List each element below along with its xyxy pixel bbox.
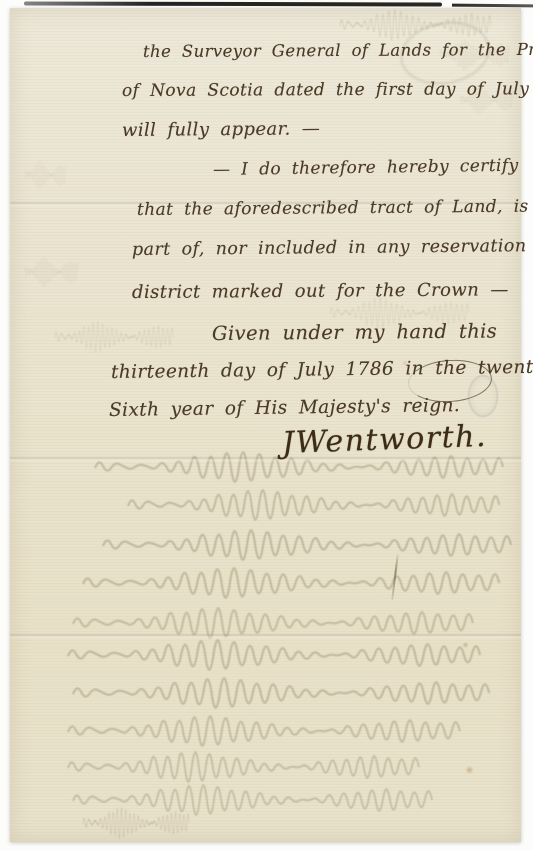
fold-crease xyxy=(10,456,521,462)
scan-edge-shadow xyxy=(452,4,533,8)
manuscript-line: part of, nor included in any reservation… xyxy=(132,236,533,260)
fold-crease xyxy=(10,633,521,639)
manuscript-line: — I do therefore hereby certify xyxy=(213,156,519,180)
manuscript-line: Given under my hand this xyxy=(212,320,497,345)
foxing-spot xyxy=(465,766,474,774)
signature-wentworth: JWentworth. xyxy=(281,419,487,461)
manuscript-line: will fully appear. — xyxy=(122,118,320,141)
manuscript-line: district marked out for the Crown — xyxy=(132,279,509,303)
embossed-stamp xyxy=(468,375,498,417)
scan-edge-shadow xyxy=(24,1,442,6)
manuscript-line: the Surveyor General of Lands for the Pr… xyxy=(143,40,533,61)
manuscript-line: that the aforedescribed tract of Land, i… xyxy=(137,196,533,220)
manuscript-line: of Nova Scotia dated the first day of Ju… xyxy=(122,79,533,101)
foxing-spot xyxy=(402,360,408,366)
manuscript-paper: the Surveyor General of Lands for the Pr… xyxy=(10,8,521,842)
scanned-manuscript-page: the Surveyor General of Lands for the Pr… xyxy=(0,0,533,850)
foxing-spot xyxy=(462,642,469,648)
